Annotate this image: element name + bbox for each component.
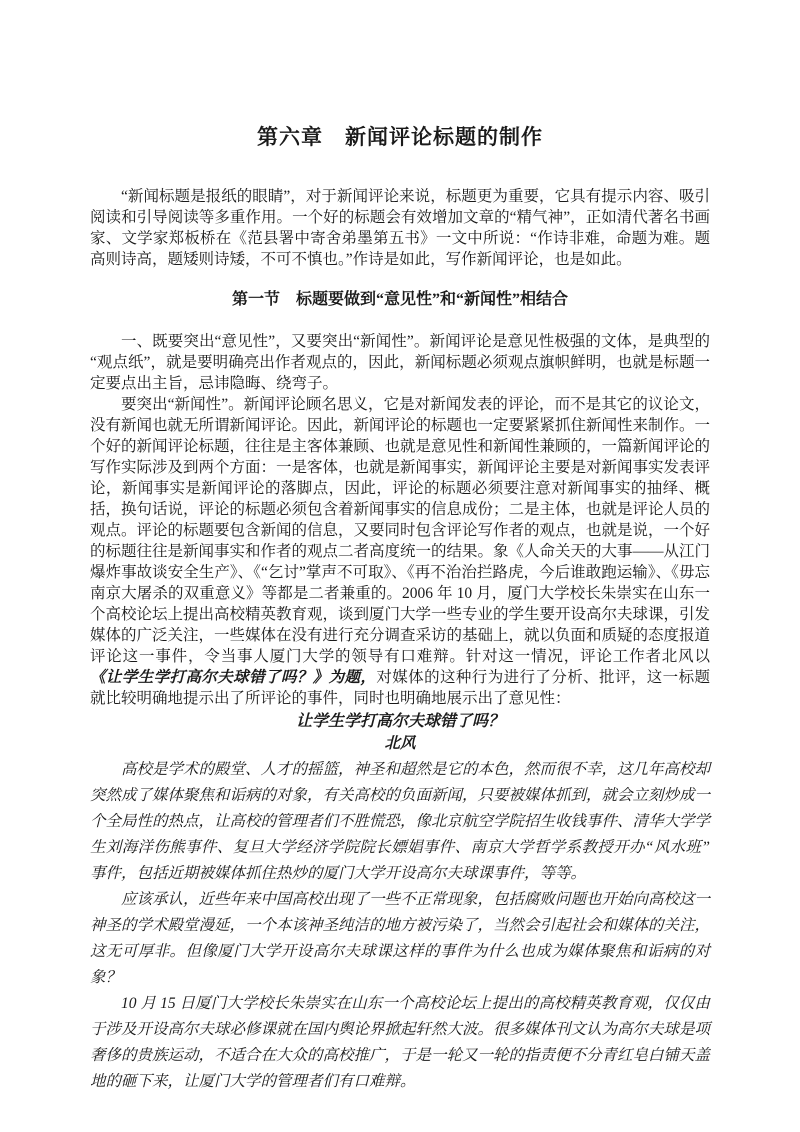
example-article-author: 北风: [90, 733, 710, 755]
example-article-title: 让学生学打高尔夫球错了吗？: [90, 711, 710, 733]
intro-paragraph: “新闻标题是报纸的眼睛”，对于新闻评论来说，标题更为重要，它具有提示内容、吸引阅…: [90, 186, 710, 270]
document-page: 第六章 新闻评论标题的制作 “新闻标题是报纸的眼睛”，对于新闻评论来说，标题更为…: [0, 0, 800, 1132]
example-article-paragraph-1: 高校是学术的殿堂、人才的摇篮，神圣和超然是它的本色，然而很不幸，这几年高校却突然…: [90, 757, 710, 887]
paragraph-opinion: 一、既要突出“意见性”，又要突出“新闻性”。新闻评论是意见性极强的文体，是典型的…: [90, 331, 710, 394]
paragraph-newsiness-text-before: 要突出“新闻性”。新闻评论顾名思义，它是对新闻发表的评论，而不是其它的议论文，没…: [90, 396, 710, 665]
section-heading: 第一节 标题要做到“意见性”和“新闻性”相结合: [90, 289, 710, 310]
paragraph-newsiness-highlighted-title: 《让学生学打高尔夫球错了吗？》为题，: [90, 669, 376, 686]
example-article-paragraph-3: 10 月 15 日厦门大学校长朱崇实在山东一个高校论坛上提出的高校精英教育观，仅…: [90, 991, 710, 1095]
paragraph-newsiness: 要突出“新闻性”。新闻评论顾名思义，它是对新闻发表的评论，而不是其它的议论文，没…: [90, 394, 710, 709]
example-article-paragraph-2: 应该承认，近些年来中国高校出现了一些不正常现象，包括腐败问题也开始向高校这一神圣…: [90, 887, 710, 991]
chapter-title: 第六章 新闻评论标题的制作: [90, 125, 710, 149]
